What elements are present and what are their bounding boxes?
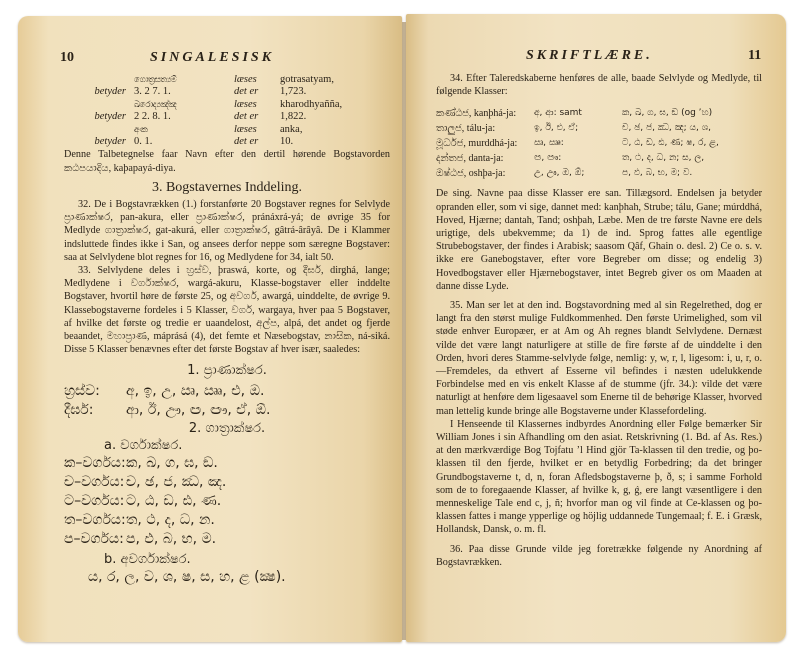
page-number-left: 10 <box>60 50 74 66</box>
heading-consonants: 2. ගාත්‍රාක්ෂර. <box>64 422 390 435</box>
vowel-row-long: දීර්ඝ:ආ, ඊ, ඌ, ඏ, ඐ, ඒ, ඕ. <box>64 401 390 420</box>
paragraph-36: 36. Paa disse Grunde vilde jeg foretrækk… <box>436 543 762 569</box>
paragraph-35-continued: I Henseende til Klassernes indbyrdes Ano… <box>436 418 762 537</box>
paragraph-34: 34. Efter Taleredskaberne henføres de al… <box>436 72 762 98</box>
right-page-body: 34. Efter Taleredskaberne henføres de al… <box>436 72 762 569</box>
page-number-right: 11 <box>748 48 761 64</box>
consonant-class-row: ච–වර්ගය:ච, ඡ, ජ, ඣ, ඤ. <box>64 473 390 492</box>
heading-unclassified-consonants: b. අවර්ගාක්ෂර. <box>104 553 390 566</box>
numeral-example-row: ඛරොද්‍යඤ්ඤlæseskharodhyañña, <box>64 99 390 111</box>
numeral-example-row: betyder2 2. 8. 1.det er1,822. <box>64 111 390 123</box>
section-title: 3. Bogstavernes Inddeling. <box>64 181 390 194</box>
numeral-example-row: betyder3. 2 7. 1.det er1,723. <box>64 86 390 98</box>
open-book: 10 SINGALESISK ගොත්‍රසත්‍යම්læsesgotrasa… <box>0 0 800 656</box>
running-head-left: SINGALESISK <box>150 50 274 66</box>
vowel-row-short: හ්‍රස්ව:අ, ඉ, උ, ඍ, ඎ, එ, ඔ. <box>64 382 390 401</box>
paragraph-35: 35. Man ser let at den ind. Bogstavordni… <box>436 299 762 418</box>
consonant-class-row: ට–වර්ගය:ට, ඨ, ඩ, ඪ, ණ. <box>64 492 390 511</box>
numeral-example-row: ගොත්‍රසත්‍යම්læsesgotrasatyam, <box>64 74 390 86</box>
intro-paragraph: Denne Talbetegnelse faar Navn efter den … <box>64 148 390 174</box>
consonant-class-row: ත–වර්ගය:ත, ථ, ද, ධ, න. <box>64 511 390 530</box>
running-head-right: SKRIFTLÆRE. <box>526 48 653 64</box>
heading-vowels: 1. ප්‍රාණාක්ෂර. <box>64 364 390 377</box>
numeral-example-row: betyder0. 1.det er10. <box>64 136 390 148</box>
paragraph-32: 32. De i Bogstavrækken (1.) forstanførte… <box>64 198 390 264</box>
paragraph-33: 33. Selvlydene deles i හ්‍රස්ව, þraswá, … <box>64 264 390 356</box>
paragraph-34-continued: De sing. Navne paa disse Klasser ere san… <box>436 187 762 293</box>
left-page-body: ගොත්‍රසත්‍යම්læsesgotrasatyam, betyder3.… <box>64 74 390 587</box>
consonant-class-row: ප–වර්ගය:ප, ඵ, බ, භ, ම. <box>64 530 390 549</box>
unclassified-consonants-row: ය, ර, ල, ව, ශ, ෂ, ස, හ, ළ (ක්‍ෂ). <box>64 568 390 587</box>
numeral-example-row: අංකlæsesanka, <box>64 124 390 136</box>
numeral-examples: ගොත්‍රසත්‍යම්læsesgotrasatyam, betyder3.… <box>64 74 390 148</box>
left-page: 10 SINGALESISK ගොත්‍රසත්‍යම්læsesgotrasa… <box>18 16 402 642</box>
heading-classified-consonants: a. වර්ගාක්ෂර. <box>104 439 390 452</box>
consonant-class-row: ක–වර්ගය:ක, ඛ, ග, ඝ, ඞ. <box>64 454 390 473</box>
right-page: SKRIFTLÆRE. 11 34. Efter Taleredskaberne… <box>406 14 786 642</box>
articulation-classes-table: කණ්ඨජ, kanþhá-ja:අ, ආ: samtක, ඛ, ග, ඝ, ඞ… <box>436 106 762 181</box>
